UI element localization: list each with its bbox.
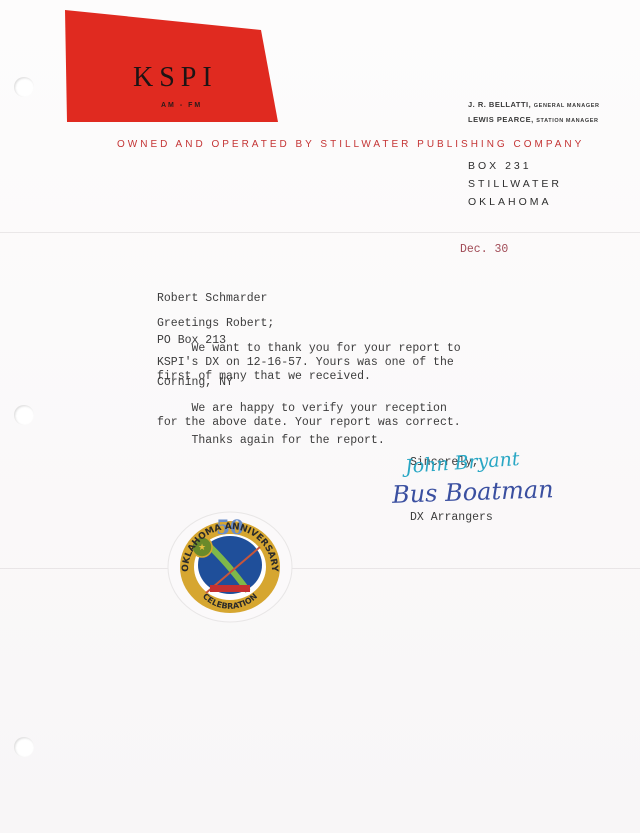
body-paragraph: We are happy to verify your reception fo… [157, 402, 461, 430]
letter-page: KSPI AM - FM J. R. BELLATTI, GENERAL MAN… [0, 0, 640, 833]
signature: John Bryant [404, 448, 520, 478]
officers-list: J. R. BELLATTI, GENERAL MANAGER LEWIS PE… [468, 98, 600, 128]
greeting: Greetings Robert; [157, 317, 274, 331]
fold-line [0, 232, 640, 233]
recipient-address: Robert Schmarder PO Box 213 Corning, NY [157, 264, 267, 418]
anniversary-seal: ★ 50 OKLAHOMA ANNIVERSARY CELEBRATION [166, 511, 293, 623]
signature: Bus Boatman [392, 475, 554, 509]
signer-title: DX Arrangers [410, 511, 493, 525]
officer-line: LEWIS PEARCE, STATION MANAGER [468, 113, 600, 128]
punch-hole [14, 737, 34, 757]
station-address: BOX 231 STILLWATER OKLAHOMA [468, 157, 562, 211]
body-paragraph: We want to thank you for your report to … [157, 342, 461, 384]
body-paragraph: Thanks again for the report. [157, 434, 385, 448]
seal-icon: ★ 50 OKLAHOMA ANNIVERSARY CELEBRATION [166, 511, 293, 623]
punch-hole [14, 77, 34, 97]
ownership-line: OWNED AND OPERATED BY STILLWATER PUBLISH… [117, 139, 584, 150]
band-label: AM - FM [161, 102, 251, 109]
fold-line [0, 568, 640, 569]
officer-line: J. R. BELLATTI, GENERAL MANAGER [468, 98, 600, 113]
letter-date: Dec. 30 [460, 243, 508, 257]
call-sign: KSPI [133, 62, 273, 94]
station-logo: KSPI AM - FM [65, 10, 283, 122]
punch-hole [14, 405, 34, 425]
